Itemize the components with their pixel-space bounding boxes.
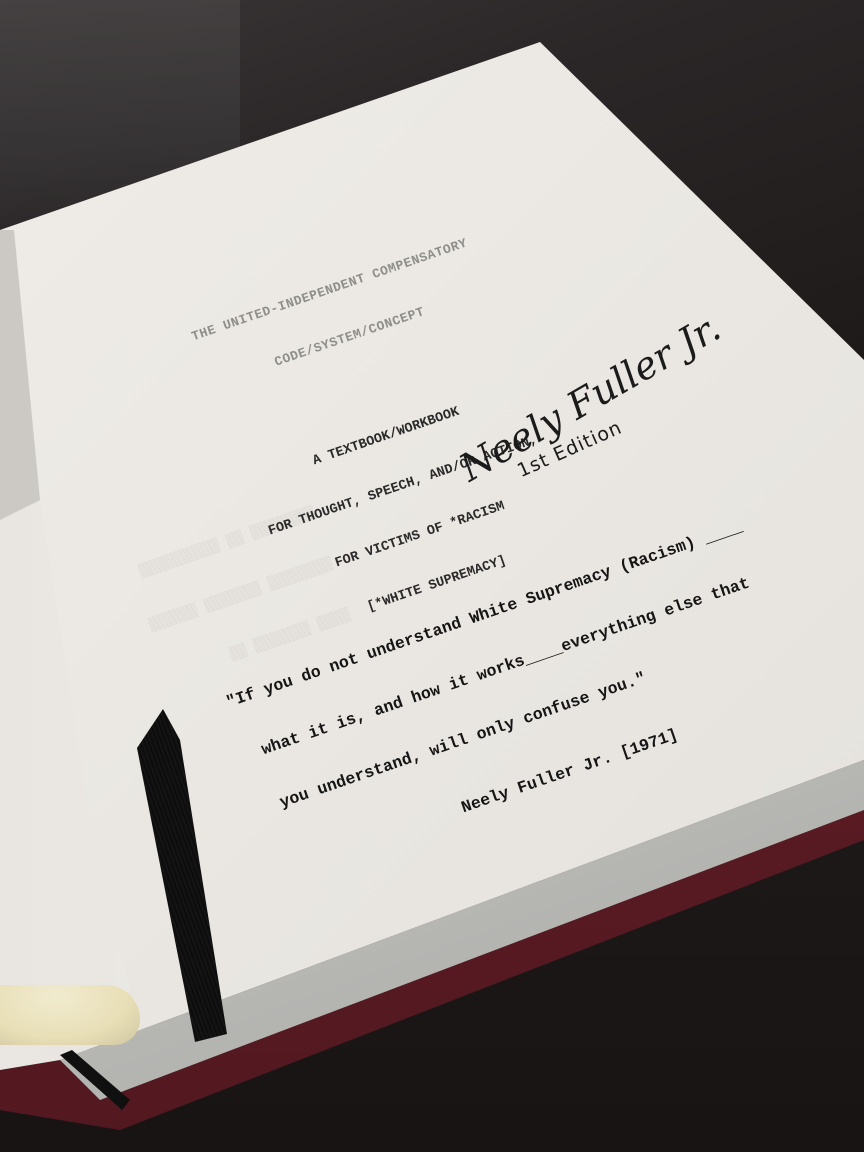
page-curl [0, 985, 140, 1045]
photo-scene: THE UNITED-INDEPENDENT COMPENSATORY CODE… [0, 0, 864, 1152]
